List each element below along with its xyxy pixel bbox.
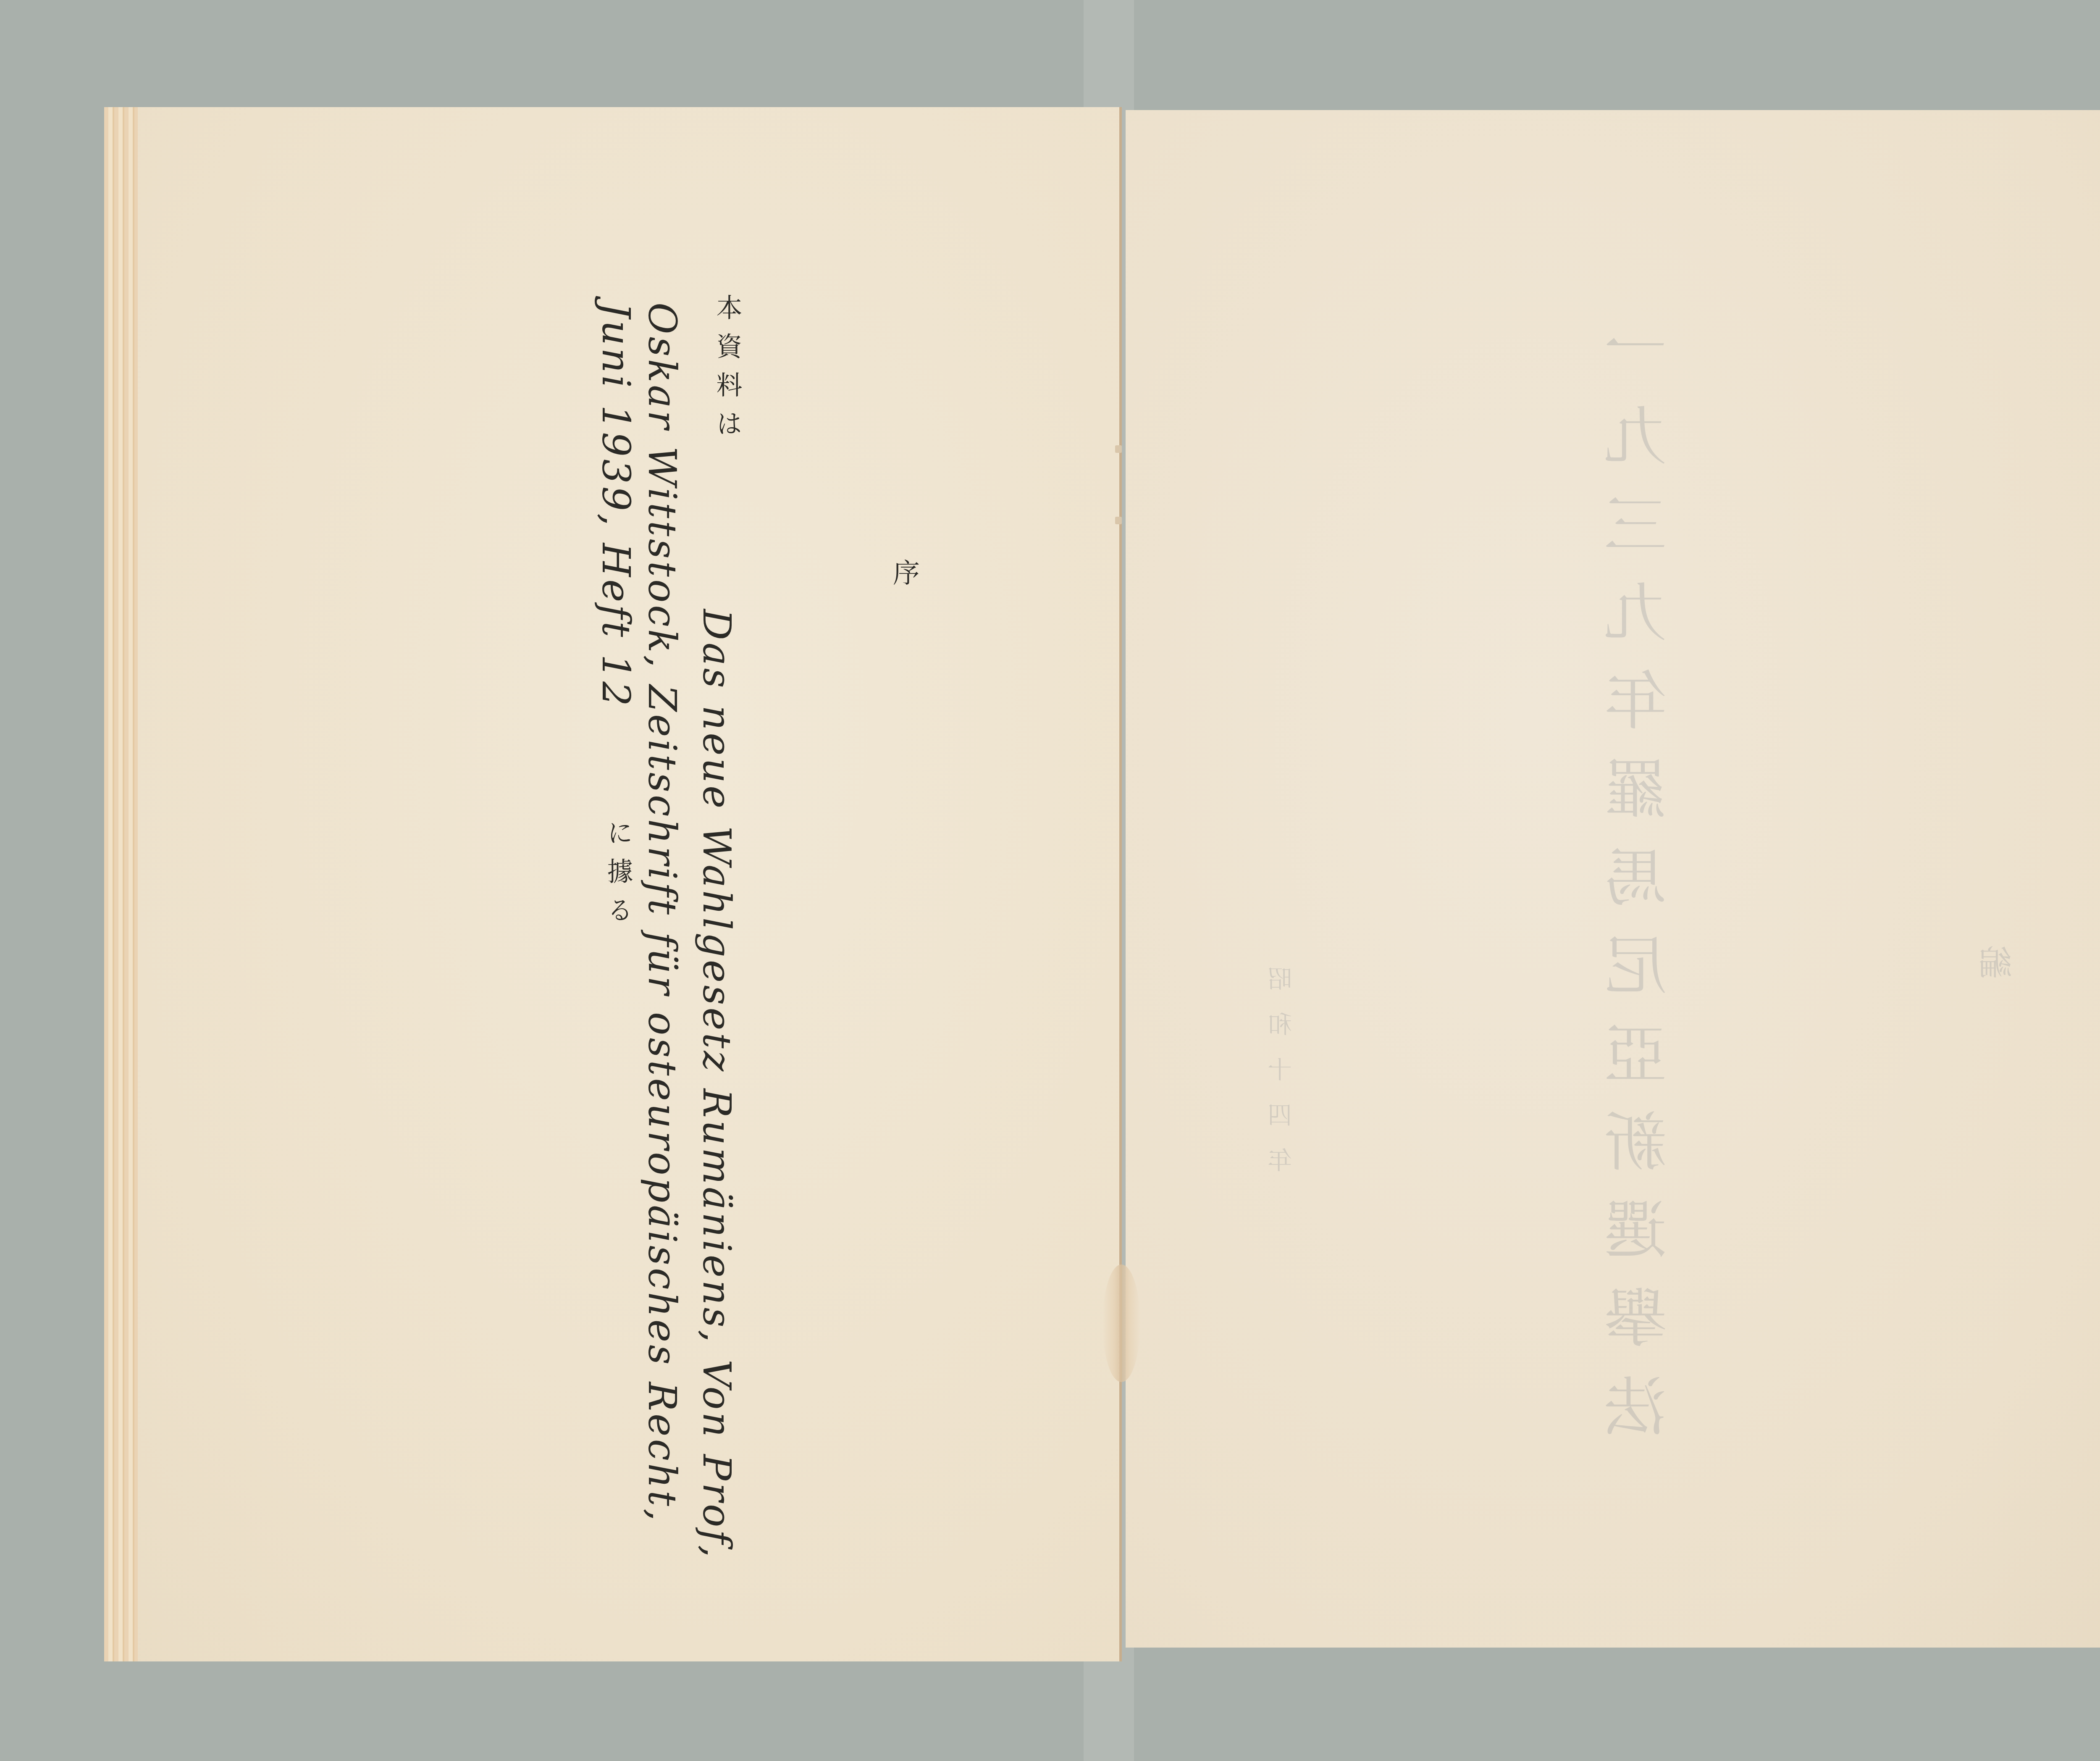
- binding-stitch: [1115, 445, 1122, 453]
- column-1-text: Das neue Wahlgesetz Rumäniens, Von Prof,: [697, 609, 736, 1560]
- column-3-text: Juni 1939, Heft 12: [596, 302, 635, 709]
- left-page-edges: [104, 107, 138, 1661]
- binding-gutter: [1119, 107, 1122, 1661]
- preface-heading: 序: [890, 559, 917, 586]
- show-through-title: 一九三九年羅馬尼亞新選擧法: [1596, 315, 1687, 1462]
- binding-stitch: [1115, 517, 1122, 524]
- column-3-jp: に據る: [605, 819, 631, 935]
- show-through-editor: 編: [1974, 945, 2022, 979]
- column-1-jp: 本資料は: [714, 294, 740, 449]
- column-2-text: Oskar Wittstock, Zeitschrift für osteuro…: [643, 302, 681, 1523]
- show-through-date: 昭和十四年: [1264, 966, 1299, 1193]
- gutter-tear: [1102, 1264, 1140, 1382]
